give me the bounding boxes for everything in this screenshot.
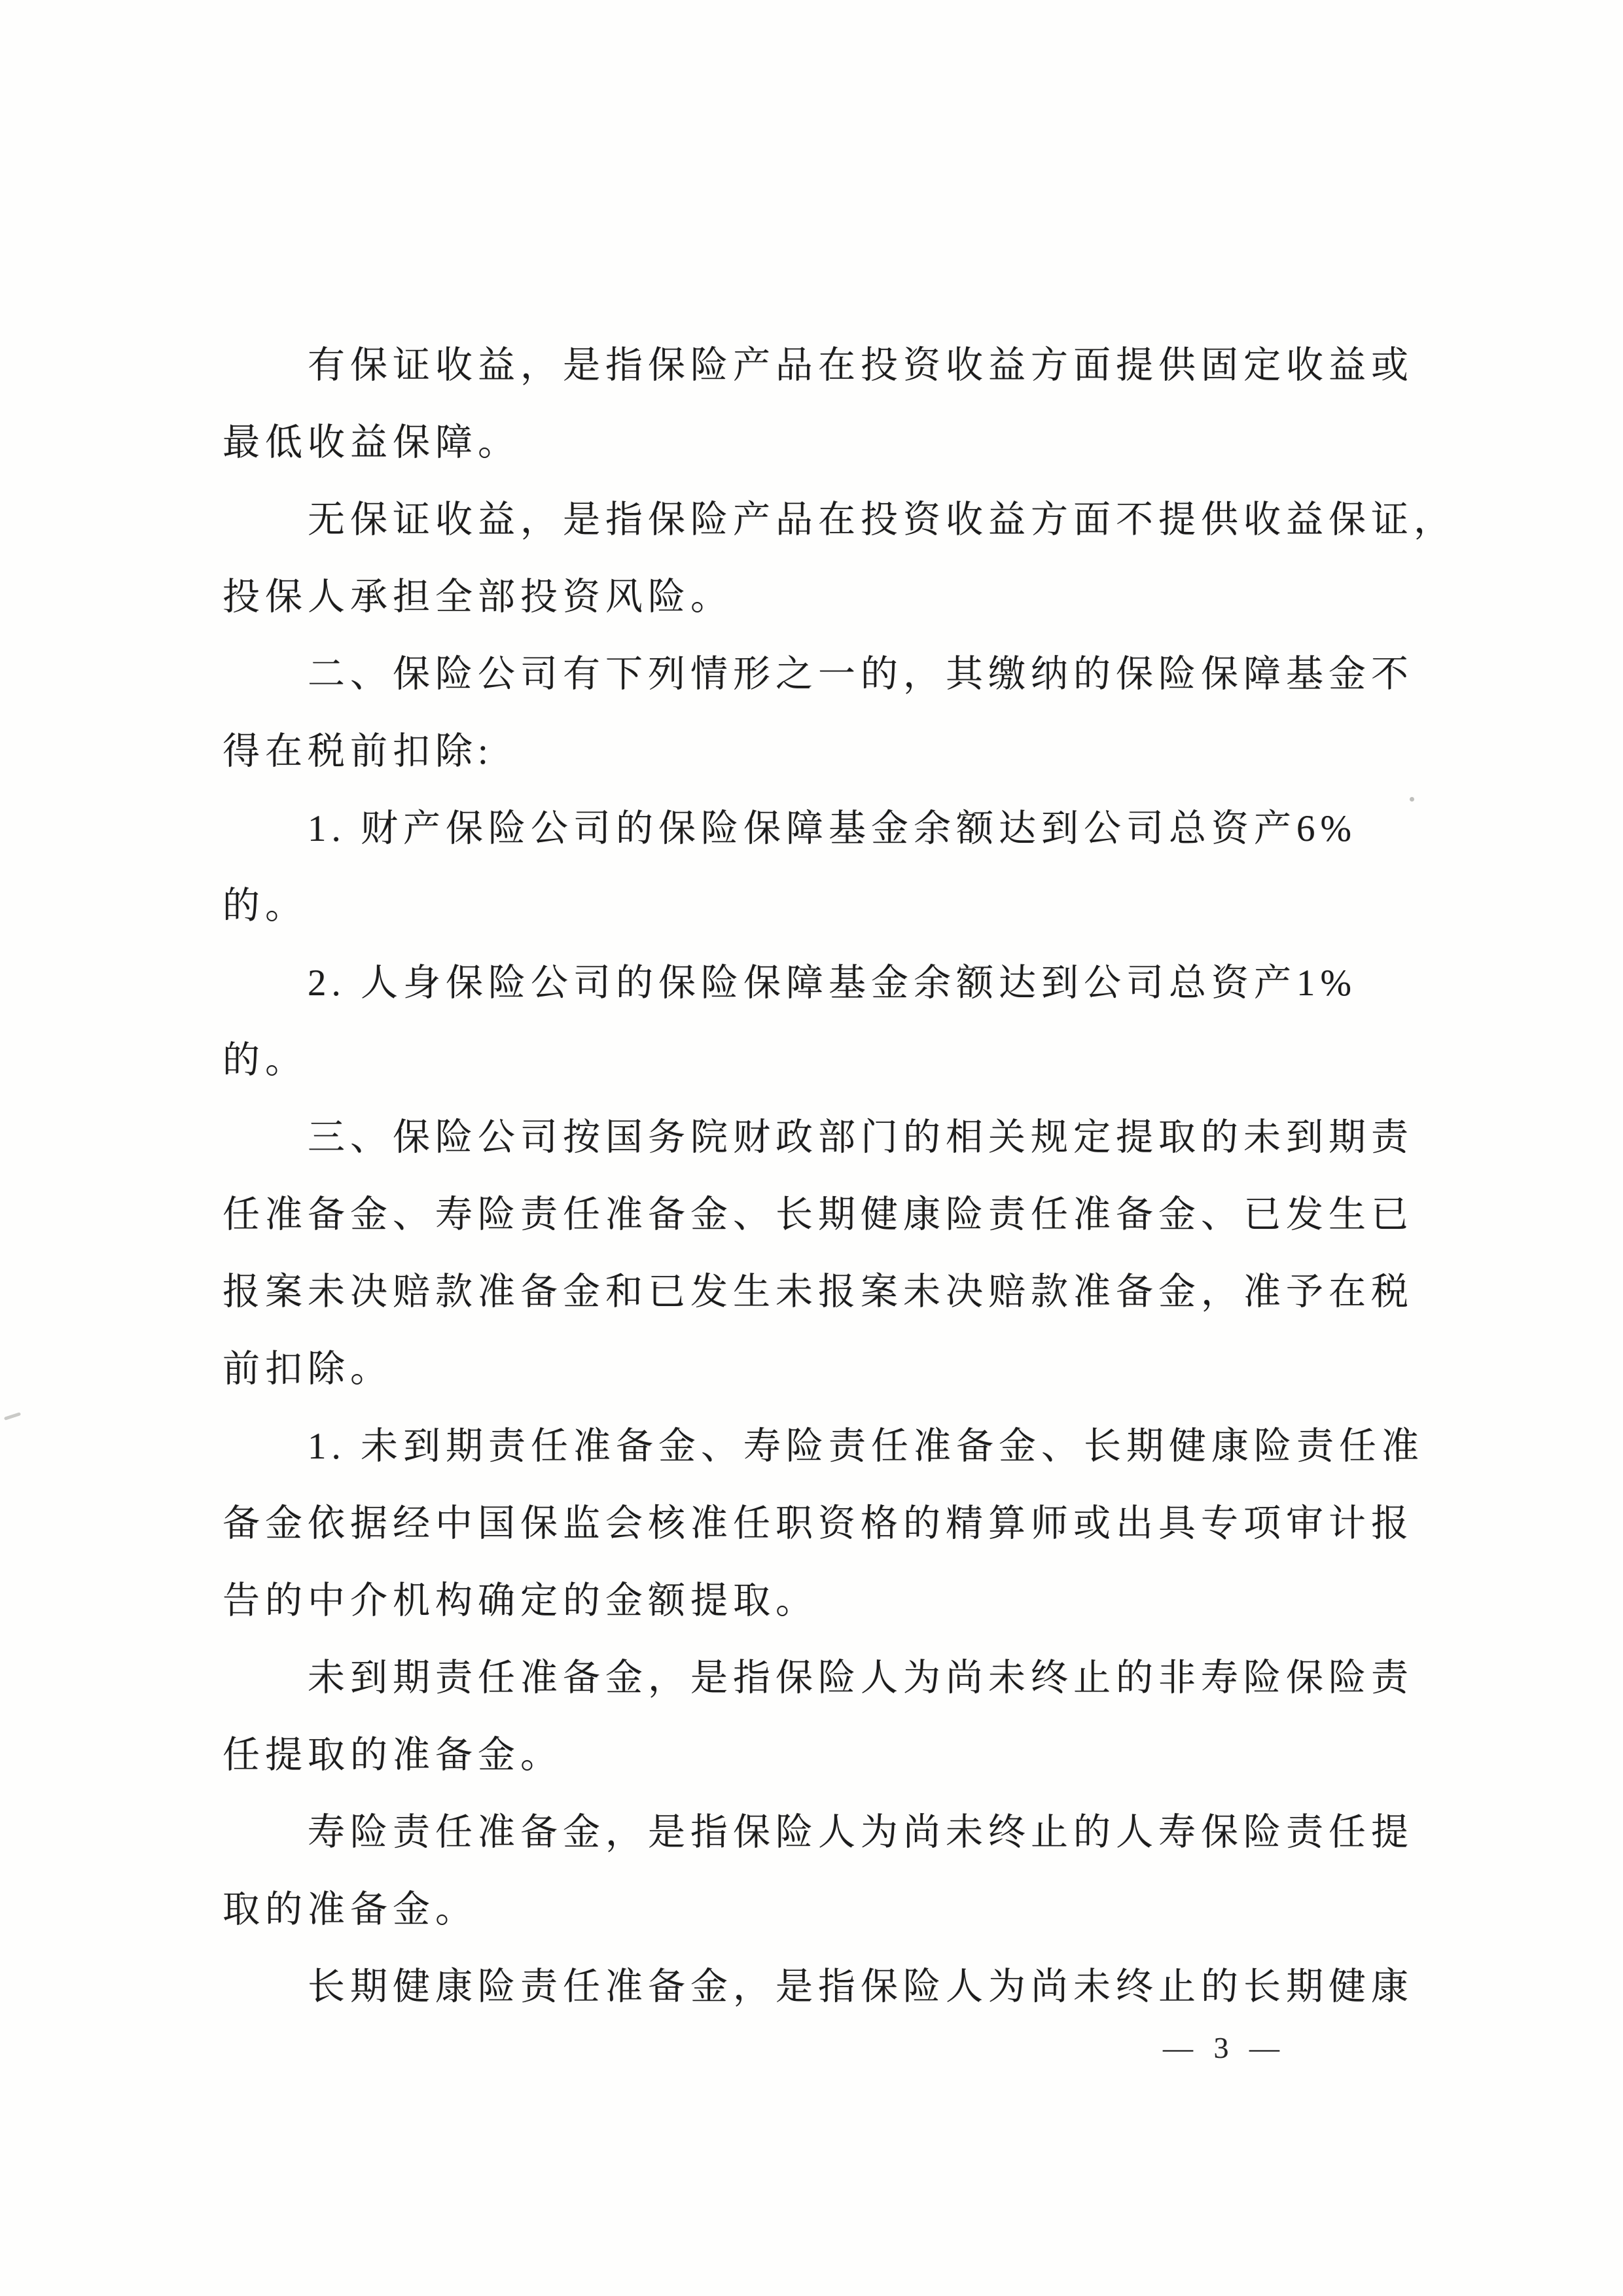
text-line: 未到期责任准备金，是指保险人为尚未终止的非寿险保险责 [223, 1640, 1427, 1717]
document-page: 有保证收益，是指保险产品在投资收益方面提供固定收益或 最低收益保障。 无保证收益… [0, 0, 1623, 2296]
text-line: 告的中介机构确定的金额提取。 [223, 1563, 1427, 1640]
text-line: 2. 人身保险公司的保险保障基金余额达到公司总资产1% [223, 945, 1427, 1022]
text-line: 二、保险公司有下列情形之一的，其缴纳的保险保障基金不 [223, 636, 1427, 713]
text-line: 三、保险公司按国务院财政部门的相关规定提取的未到期责 [223, 1099, 1427, 1176]
text-line: 备金依据经中国保监会核准任职资格的精算师或出具专项审计报 [223, 1485, 1427, 1563]
text-line: 取的准备金。 [223, 1871, 1427, 1949]
text-line: 长期健康险责任准备金，是指保险人为尚未终止的长期健康 [223, 1949, 1427, 2026]
text-line: 报案未决赔款准备金和已发生未报案未决赔款准备金，准予在税 [223, 1254, 1427, 1331]
text-line: 前扣除。 [223, 1331, 1427, 1408]
text-line: 任提取的准备金。 [223, 1717, 1427, 1794]
text-line: 的。 [223, 868, 1427, 945]
text-line: 投保人承担全部投资风险。 [223, 559, 1427, 636]
text-line: 任准备金、寿险责任准备金、长期健康险责任准备金、已发生已 [223, 1176, 1427, 1254]
text-line: 最低收益保障。 [223, 404, 1427, 482]
scan-artifact-dot [1410, 797, 1414, 802]
text-line: 寿险责任准备金，是指保险人为尚未终止的人寿保险责任提 [223, 1794, 1427, 1871]
text-line: 无保证收益，是指保险产品在投资收益方面不提供收益保证， [223, 482, 1427, 559]
text-line: 的。 [223, 1022, 1427, 1099]
document-body: 有保证收益，是指保险产品在投资收益方面提供固定收益或 最低收益保障。 无保证收益… [223, 327, 1427, 2026]
text-line: 1. 未到期责任准备金、寿险责任准备金、长期健康险责任准 [223, 1408, 1427, 1485]
text-line: 有保证收益，是指保险产品在投资收益方面提供固定收益或 [223, 327, 1427, 404]
page-number: — 3 — [1163, 2027, 1286, 2069]
text-line: 得在税前扣除: [223, 713, 1427, 790]
text-line: 1. 财产保险公司的保险保障基金余额达到公司总资产6% [223, 790, 1427, 868]
scan-artifact-tick [4, 1412, 21, 1421]
